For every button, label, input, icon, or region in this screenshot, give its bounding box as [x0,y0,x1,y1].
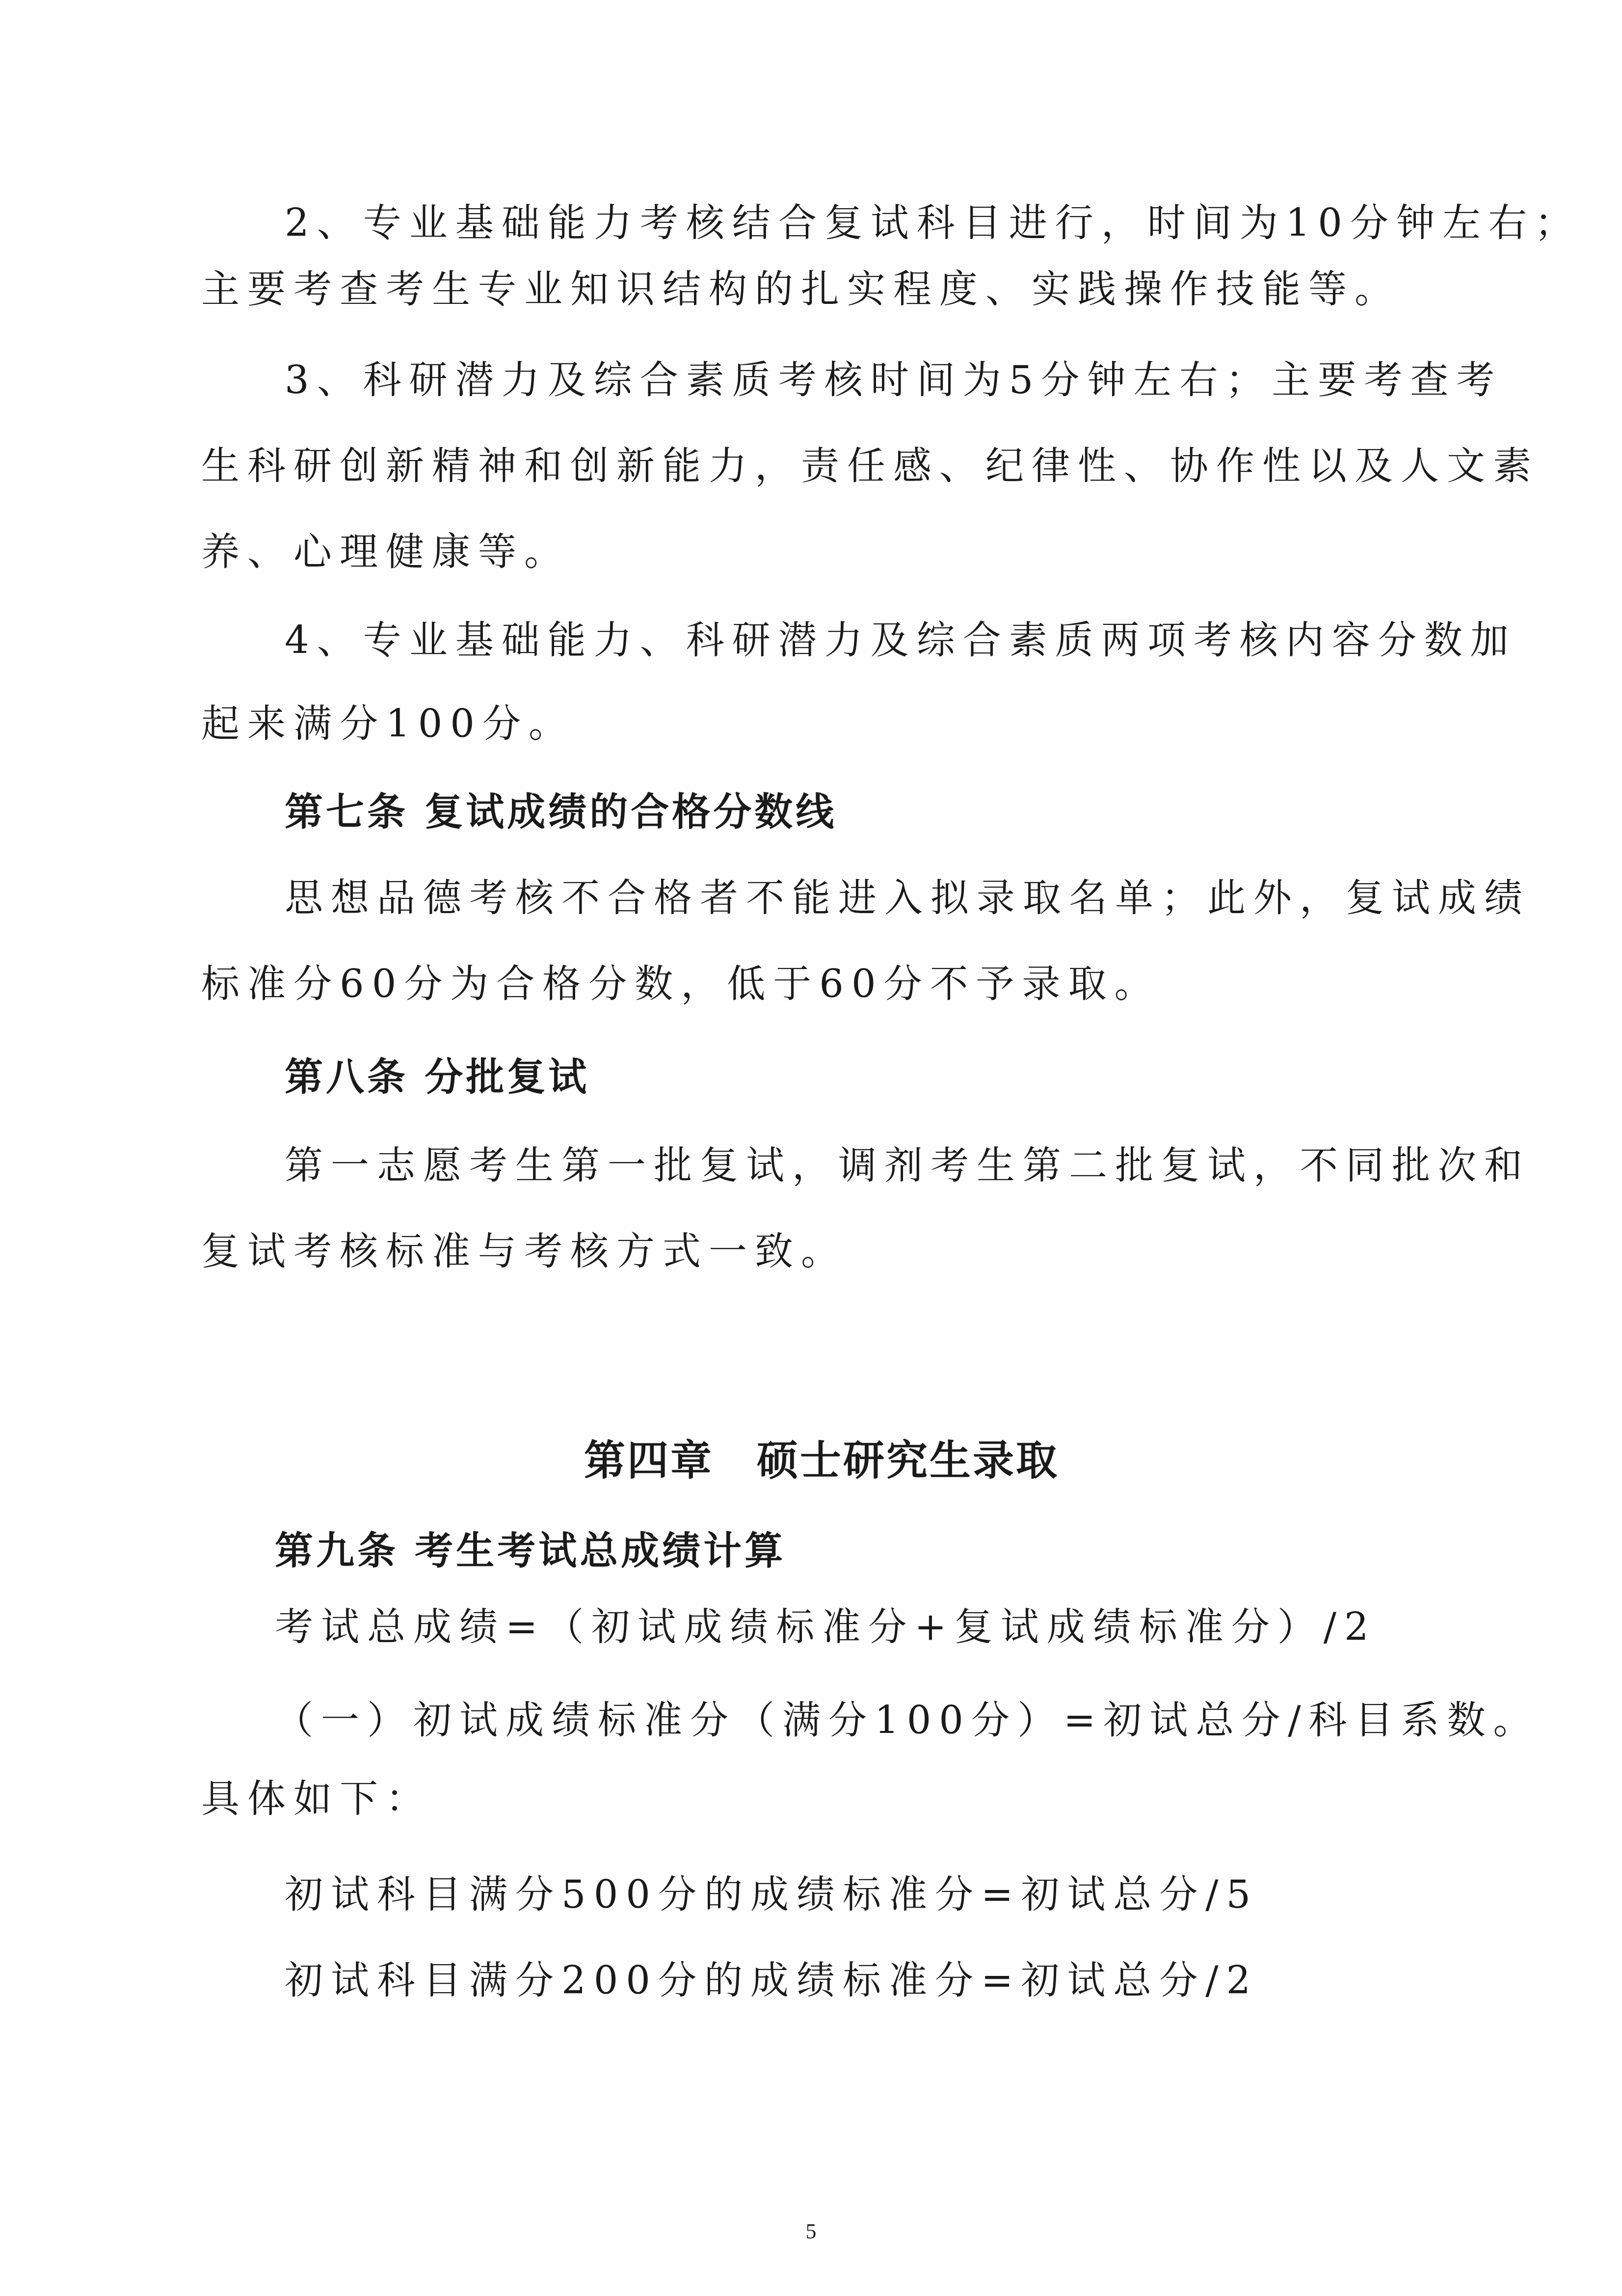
article-9-sub1-line-1: （一）初试成绩标准分（满分100分）=初试总分/科目系数。 [275,1696,1540,1745]
article-7-heading: 第七条 复试成绩的合格分数线 [285,788,837,837]
article-8-line-1: 第一志愿考生第一批复试，调剂考生第二批复试，不同批次和 [285,1141,1530,1190]
article-9-sub1-line-2: 具体如下： [201,1775,432,1824]
item-2-line-1: 2、专业基础能力考核结合复试科目进行，时间为10分钟左右； [285,199,1581,248]
item-4-line-1: 4、专业基础能力、科研潜力及综合素质两项考核内容分数加 [285,616,1516,665]
article-9-formula: 考试总成绩=（初试成绩标准分+复试成绩标准分）/2 [275,1603,1377,1652]
page-number: 5 [0,2219,1622,2244]
article-9-heading: 第九条 考生考试总成绩计算 [275,1527,786,1576]
article-8-line-2: 复试考核标准与考核方式一致。 [201,1227,847,1276]
item-4-line-2: 起来满分100分。 [201,700,575,749]
rule-500: 初试科目满分500分的成绩标准分=初试总分/5 [285,1870,1258,1919]
chapter-4-heading: 第四章 硕士研究生录取 [584,1436,1059,1485]
item-3-line-1: 3、科研潜力及综合素质考核时间为5分钟左右；主要考查考 [285,356,1502,405]
item-2-line-2: 主要考查考生专业知识结构的扎实程度、实践操作技能等。 [201,265,1401,314]
rule-200: 初试科目满分200分的成绩标准分=初试总分/2 [285,1956,1258,2005]
item-3-line-3: 养、心理健康等。 [201,528,570,577]
document-page: 2、专业基础能力考核结合复试科目进行，时间为10分钟左右； 主要考查考生专业知识… [0,0,1622,2296]
article-7-line-2: 标准分60分为合格分数，低于60分不予录取。 [201,960,1161,1009]
item-3-line-2: 生科研创新精神和创新能力，责任感、纪律性、协作性以及人文素 [201,442,1539,491]
article-8-heading: 第八条 分批复试 [285,1053,589,1102]
article-7-line-1: 思想品德考核不合格者不能进入拟录取名单；此外，复试成绩 [285,874,1530,923]
